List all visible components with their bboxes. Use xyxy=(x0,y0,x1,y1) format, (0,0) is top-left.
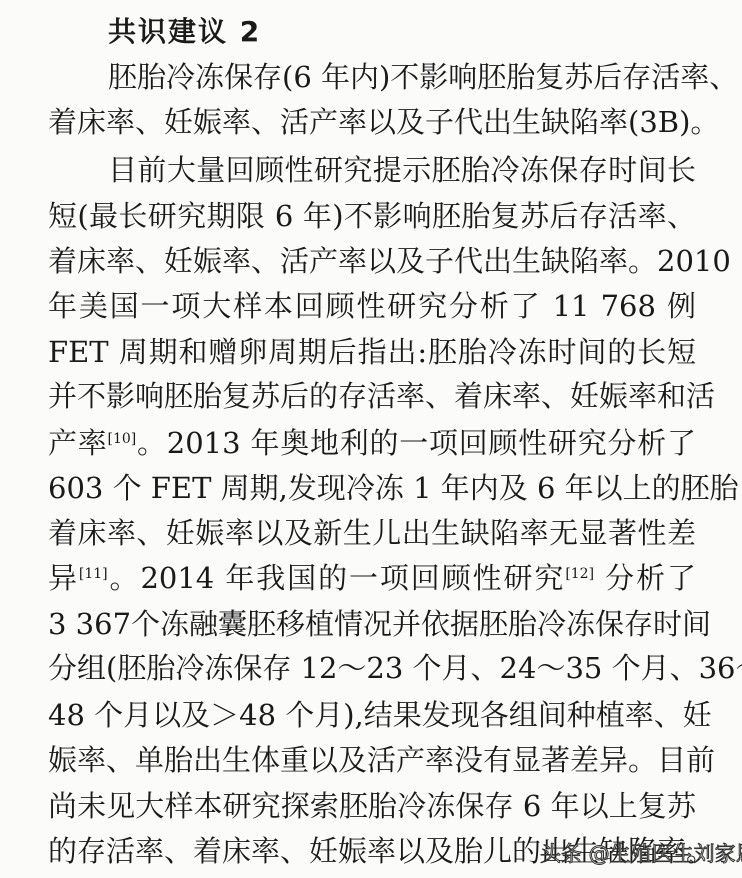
citation-ref: [11] xyxy=(79,566,108,582)
body-line: 异[11]。2014 年我国的一项回顾性研究[12] 分析了 xyxy=(48,560,696,596)
body-line: 着床率、妊娠率、活产率以及子代出生缺陷率。2010 xyxy=(48,243,696,279)
body-line: 尚未见大样本研究探索胚胎冷冻保存 6 年以上复苏 xyxy=(48,788,696,824)
section-heading: 共识建议 2 xyxy=(108,14,261,50)
body-line: 目前大量回顾性研究提示胚胎冷冻保存时间长 xyxy=(108,152,696,188)
body-line: 短(最长研究期限 6 年)不影响胚胎复苏后存活率、 xyxy=(48,198,696,234)
body-text: 分析了 xyxy=(594,561,696,595)
body-text: 产率 xyxy=(48,426,108,460)
body-line: 3 367个冻融囊胚移植情况并依据胚胎冷冻保存时间 xyxy=(48,606,696,642)
body-line: 着床率、妊娠率以及新生儿出生缺陷率无显著性差 xyxy=(48,515,696,551)
body-line: 娠率、单胎出生体重以及活产率没有显著差异。目前 xyxy=(48,742,696,778)
citation-ref: [12] xyxy=(565,566,594,582)
body-line: 分组(胚胎冷冻保存 12～23 个月、24～35 个月、36～ xyxy=(48,650,696,686)
recommendation-line: 着床率、妊娠率、活产率以及子代出生缺陷率(3B)。 xyxy=(48,104,696,140)
body-line: FET 周期和赠卵周期后指出:胚胎冷冻时间的长短 xyxy=(48,334,696,370)
citation-ref: [10] xyxy=(108,431,137,447)
body-line: 并不影响胚胎复苏后的存活率、着床率、妊娠率和活 xyxy=(48,378,696,414)
body-line: 603 个 FET 周期,发现冷冻 1 年内及 6 年以上的胚胎 xyxy=(48,470,696,506)
recommendation-line: 胚胎冷冻保存(6 年内)不影响胚胎复苏后存活率、 xyxy=(108,59,696,95)
watermark: 头条 @生殖医生刘家恩 xyxy=(540,838,742,868)
body-line: 48 个月以及＞48 个月),结果发现各组间种植率、妊 xyxy=(48,697,696,733)
body-line: 产率[10]。2013 年奥地利的一项回顾性研究分析了 xyxy=(48,425,696,461)
document-page: 共识建议 2 胚胎冷冻保存(6 年内)不影响胚胎复苏后存活率、 着床率、妊娠率、… xyxy=(0,0,742,878)
body-text: 异 xyxy=(48,561,79,595)
body-text: 。2014 年我国的一项回顾性研究 xyxy=(108,561,566,595)
body-line: 年美国一项大样本回顾性研究分析了 11 768 例 xyxy=(48,288,696,324)
body-text: 。2013 年奥地利的一项回顾性研究分析了 xyxy=(136,426,696,460)
